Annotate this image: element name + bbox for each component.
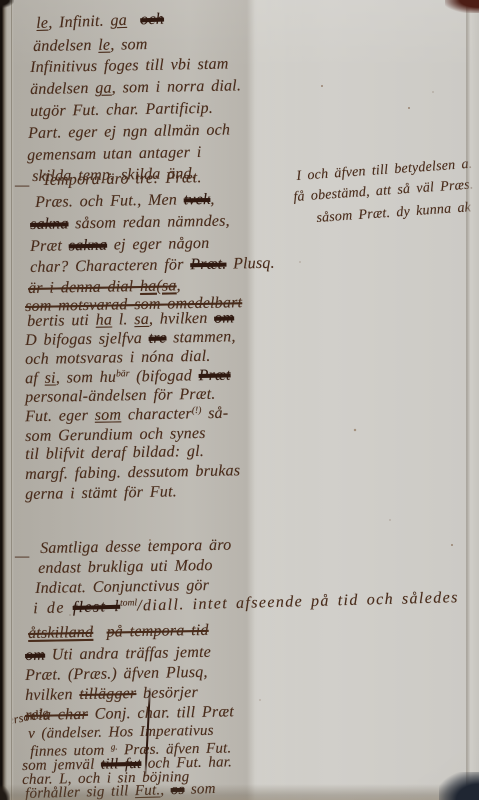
manuscript-line: char? Characteren för Præt. Plusq. (30, 256, 275, 276)
underlined-text: ga (95, 80, 112, 97)
bottom-right-corner-shadow (439, 772, 479, 800)
text-segment: Infinitivus foges till vbi stam (30, 56, 229, 76)
text-segment: Præt. (Præs.) äfven Plusq, (25, 664, 208, 684)
struck-text: tre (149, 330, 167, 347)
text-segment: Tempora äro tre: Præt. (42, 169, 202, 189)
text-segment: character (121, 405, 192, 423)
struck-text: flest l (73, 598, 121, 616)
text-segment: Samtliga desse tempora äro (40, 537, 231, 557)
manuscript-line: D bifogas sjelfva tre stammen, (25, 329, 236, 349)
struck-text: tillägger (79, 685, 136, 703)
bottom-edge-shadow (0, 784, 479, 800)
manuscript-line: och motsvaras i nóna dial. (25, 349, 211, 368)
text-segment: , Infinit. (48, 12, 111, 31)
text-segment (93, 624, 107, 641)
manuscript-line: af si, som hubär (bifogad Præt (25, 367, 231, 387)
text-segment: D bifogas sjelfva (25, 330, 149, 349)
struck-text: om (25, 647, 45, 664)
margin-note-right: såsom Præt. dy kunna ak (316, 201, 472, 226)
manuscript-line: til blifvit deraf bildad: gl. (25, 444, 204, 463)
superscript-insertion: bär (116, 368, 130, 379)
text-segment: Fut. eger (25, 407, 95, 425)
text-segment: bertis uti (27, 312, 96, 330)
manuscript-line: Indicat. Conjunctivus gör (35, 578, 209, 597)
struck-text: och (140, 11, 164, 29)
text-segment: endast brukliga uti Modo (38, 557, 213, 577)
text-segment: margf. fabing. dessutom brukas (25, 462, 240, 483)
manuscript-line: som Gerundium och synes (25, 426, 206, 445)
text-segment: stammen, (166, 328, 235, 346)
text-segment: Uti andra träffas jemte (45, 644, 211, 664)
text-segment: , som (110, 36, 148, 54)
text-segment: ej eger någon (107, 235, 210, 254)
right-page-stack-edge (466, 0, 479, 800)
text-segment (127, 11, 141, 28)
struck-text: är i denna dial (28, 278, 140, 297)
text-segment: utgör Fut. char. Partificip. (30, 100, 213, 120)
text-segment: — (15, 177, 29, 194)
underlined-text: som (95, 407, 122, 424)
photo-backdrop: { "colors": { "ink": "#49[2c1b", "ink_he… (0, 0, 479, 800)
manuscript-line: rela char Conj. char. till Præt (25, 704, 234, 724)
text-segment: l. (112, 311, 135, 328)
text-segment: hvilken (25, 686, 80, 704)
text-segment: och motsvaras i nóna dial. (25, 348, 211, 368)
underlined-text: sa (134, 311, 149, 328)
manuscript-line: om Uti andra träffas jemte (25, 645, 211, 664)
text-segment: Indicat. Conjunctivus gör (35, 577, 209, 597)
manuscript-line: är i denna dial ha(sa, (28, 278, 181, 297)
struck-text: tvek (184, 191, 211, 208)
struck-text: sakna (30, 215, 69, 233)
bottom-left-corner-mark (0, 786, 10, 800)
manuscript-line: gerna i stämt för Fut. (25, 484, 177, 503)
text-segment: til blifvit deraf bildad: gl. (25, 443, 204, 463)
struck-text: om (214, 309, 234, 326)
manuscript-line: le, Infinit. ga och (36, 12, 164, 32)
text-segment: , (210, 191, 214, 208)
struck-text: på tempora tid (106, 622, 208, 641)
underlined-text: le (98, 37, 110, 54)
struck-text: ha(sa (140, 277, 177, 295)
text-segment: af (25, 370, 45, 387)
text-segment: ändelsen (30, 80, 95, 98)
list-dash: — (15, 549, 29, 565)
manuscript-line: Præs. och Fut., Men tvek, (35, 192, 215, 211)
text-segment: såsom Præt. dy kunna ak (316, 200, 472, 226)
manuscript-line: gemensam utan antager i (27, 145, 202, 164)
text-segment: — (15, 548, 29, 565)
handwritten-text-layer: le, Infinit. ga ochändelsen le, somInfin… (0, 0, 479, 800)
manuscript-page: le, Infinit. ga ochändelsen le, somInfin… (0, 0, 479, 800)
text-segment: v (ändelser. Hos Imperativus (28, 723, 214, 742)
text-segment: gemensam utan antager i (27, 144, 202, 164)
text-segment: ändelsen (33, 37, 98, 55)
manuscript-line: ändelsen le, som (33, 37, 148, 55)
superscript-insertion: toml (120, 597, 137, 608)
struck-text: åtskilland (28, 624, 93, 642)
manuscript-line: bertis uti ha l. sa, hvilken om (27, 310, 234, 330)
text-segment: personal-ändelsen för Præt. (25, 386, 216, 406)
text-segment: Part. eger ej ngn allmän och (28, 121, 230, 142)
underlined-text: le (36, 15, 49, 32)
text-segment: gerna i stämt för Fut. (25, 483, 177, 503)
underlined-text: si (45, 370, 56, 387)
manuscript-line: v (ändelser. Hos Imperativus (28, 724, 214, 742)
left-edge-line (11, 0, 12, 800)
list-dash: — (15, 178, 29, 194)
text-segment: , som hu (56, 369, 117, 387)
text-segment: Præs. och Fut., Men (35, 191, 184, 211)
struck-text: sakna (69, 237, 108, 255)
manuscript-line: personal-ändelsen för Præt. (25, 387, 216, 406)
struck-text: Præt. (190, 256, 226, 274)
manuscript-line: hvilken tillägger besörjer (25, 685, 198, 704)
manuscript-line: sakna såsom redan nämndes, (30, 214, 230, 233)
manuscript-line: utgör Fut. char. Partificip. (30, 101, 213, 120)
manuscript-line: Infinitivus foges till vbi stam (30, 57, 229, 76)
underlined-text: ha (96, 312, 113, 329)
manuscript-line: endast brukliga uti Modo (38, 558, 213, 577)
struck-text: Præt (199, 367, 231, 385)
text-segment: (bifogad (129, 367, 199, 385)
top-left-corner-mark (0, 0, 14, 8)
manuscript-line: Præt sakna ej eger någon (30, 236, 209, 255)
underlined-text: ga (110, 12, 127, 30)
text-segment: besörjer (136, 684, 198, 702)
text-segment: i de (33, 599, 73, 617)
text-segment: såsom redan nämndes, (68, 213, 230, 233)
text-segment: , som i norra dial. (112, 77, 242, 96)
text-segment: som Gerundium och synes (25, 425, 206, 445)
manuscript-line: ändelsen ga, som i norra dial. (30, 78, 241, 98)
top-right-corner-stain (445, 0, 479, 13)
manuscript-line: margf. fabing. dessutom brukas (25, 463, 240, 483)
text-segment: Præt (30, 237, 69, 255)
manuscript-line: Part. eger ej ngn allmän och (28, 122, 230, 142)
manuscript-line: åtskilland på tempora tid (28, 623, 209, 642)
text-segment: , hvilken (149, 310, 214, 328)
text-segment: , (176, 277, 180, 294)
manuscript-line: Fut. eger som character(!) så- (25, 405, 228, 425)
manuscript-line: Samtliga desse tempora äro (40, 538, 231, 557)
manuscript-line: Præt. (Præs.) äfven Plusq, (25, 665, 208, 684)
text-segment: char? Characteren för (30, 256, 190, 276)
text-segment: så- (201, 405, 228, 422)
text-segment: Plusq. (226, 255, 275, 273)
text-segment: Conj. char. till Præt (88, 703, 234, 723)
manuscript-line: Tempora äro tre: Præt. (42, 170, 202, 189)
